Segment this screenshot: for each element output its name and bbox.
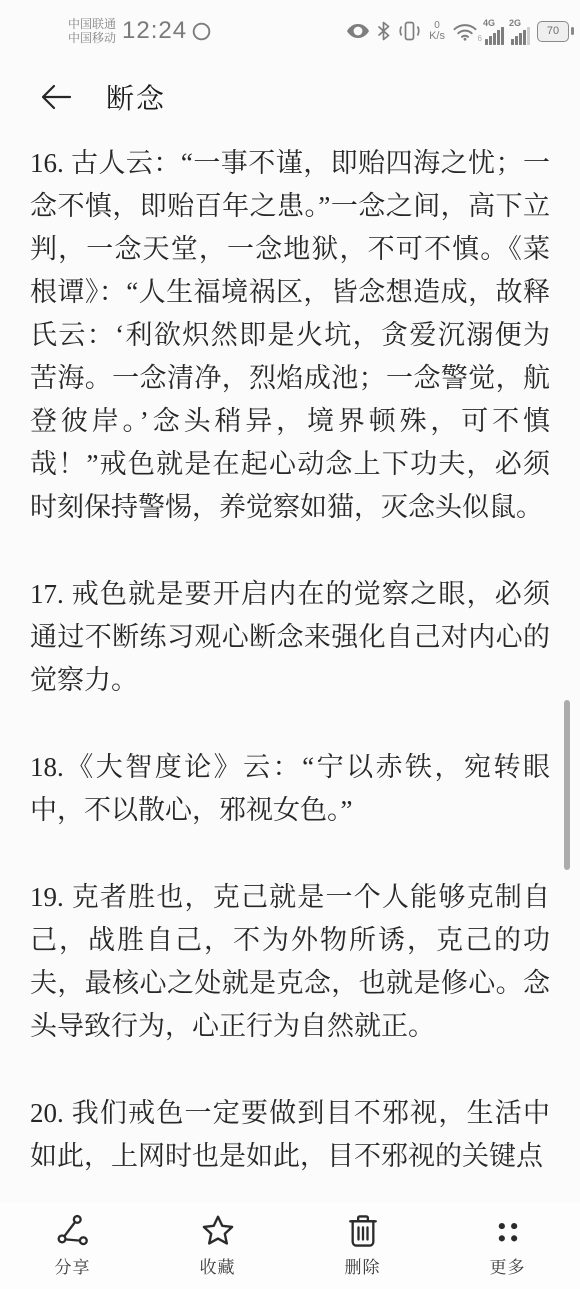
status-time: 12:24 — [122, 17, 187, 45]
delete-button[interactable]: 删除 — [290, 1203, 435, 1289]
bluetooth-icon — [377, 21, 390, 41]
more-icon — [492, 1214, 524, 1248]
more-label: 更多 — [490, 1253, 526, 1278]
status-bar: 中国联通 中国移动 12:24 — [0, 0, 580, 58]
star-icon — [200, 1214, 236, 1248]
favorite-label: 收藏 — [200, 1253, 236, 1278]
back-button[interactable] — [36, 77, 76, 117]
page-title: 断念 — [106, 77, 166, 117]
delete-label: 删除 — [345, 1253, 381, 1278]
note-paragraph-18: 18.《大智度论》云：“宁以赤铁，宛转眼中，不以散心，邪视女色。” — [30, 746, 550, 832]
carrier-line1: 中国联通 — [68, 17, 116, 31]
share-button[interactable]: 分享 — [0, 1203, 145, 1289]
back-arrow-icon — [40, 84, 72, 110]
scrollbar-thumb[interactable] — [564, 700, 570, 870]
note-paragraph-20: 20. 我们戒色一定要做到目不邪视，生活中如此，上网时也是如此，目不邪视的关键点 — [30, 1092, 550, 1178]
signal-sim2-label: 2G — [509, 18, 521, 28]
bottom-toolbar: 分享 收藏 删除 更多 — [0, 1203, 580, 1289]
wifi-icon: 6 — [452, 21, 478, 41]
more-button[interactable]: 更多 — [435, 1203, 580, 1289]
wifi6-badge: 6 — [478, 34, 482, 43]
network-speed-unit: K/s — [429, 31, 445, 42]
battery-percent: 70 — [547, 25, 559, 37]
signal-sim1-icon: 4G — [485, 18, 504, 45]
carrier-names: 中国联通 中国移动 — [68, 17, 116, 45]
share-icon — [56, 1214, 90, 1248]
trash-icon — [347, 1214, 379, 1248]
vibrate-icon — [397, 21, 422, 41]
network-speed: 0 K/s — [429, 20, 445, 42]
note-content[interactable]: 16. 古人云：“一事不谨，即贻四海之忧；一念不慎，即贻百年之患。”一念之间，高… — [0, 136, 580, 1203]
note-paragraph-19: 19. 克者胜也，克己就是一个人能够克制自己，战胜自己，不为外物所诱，克己的功夫… — [30, 876, 550, 1048]
signal-sim2-icon: 2G — [511, 18, 530, 45]
battery-icon: 70 — [537, 21, 574, 42]
favorite-button[interactable]: 收藏 — [145, 1203, 290, 1289]
header: 断念 — [0, 58, 580, 136]
alarm-icon — [191, 21, 212, 42]
signal-sim1-label: 4G — [483, 18, 495, 28]
eye-comfort-icon — [346, 23, 370, 39]
note-paragraph-16: 16. 古人云：“一事不谨，即贻四海之忧；一念不慎，即贻百年之患。”一念之间，高… — [30, 142, 550, 529]
share-label: 分享 — [55, 1253, 91, 1278]
note-paragraph-17: 17. 戒色就是要开启内在的觉察之眼，必须通过不断练习观心断念来强化自己对内心的… — [30, 573, 550, 702]
carrier-line2: 中国移动 — [68, 31, 116, 45]
